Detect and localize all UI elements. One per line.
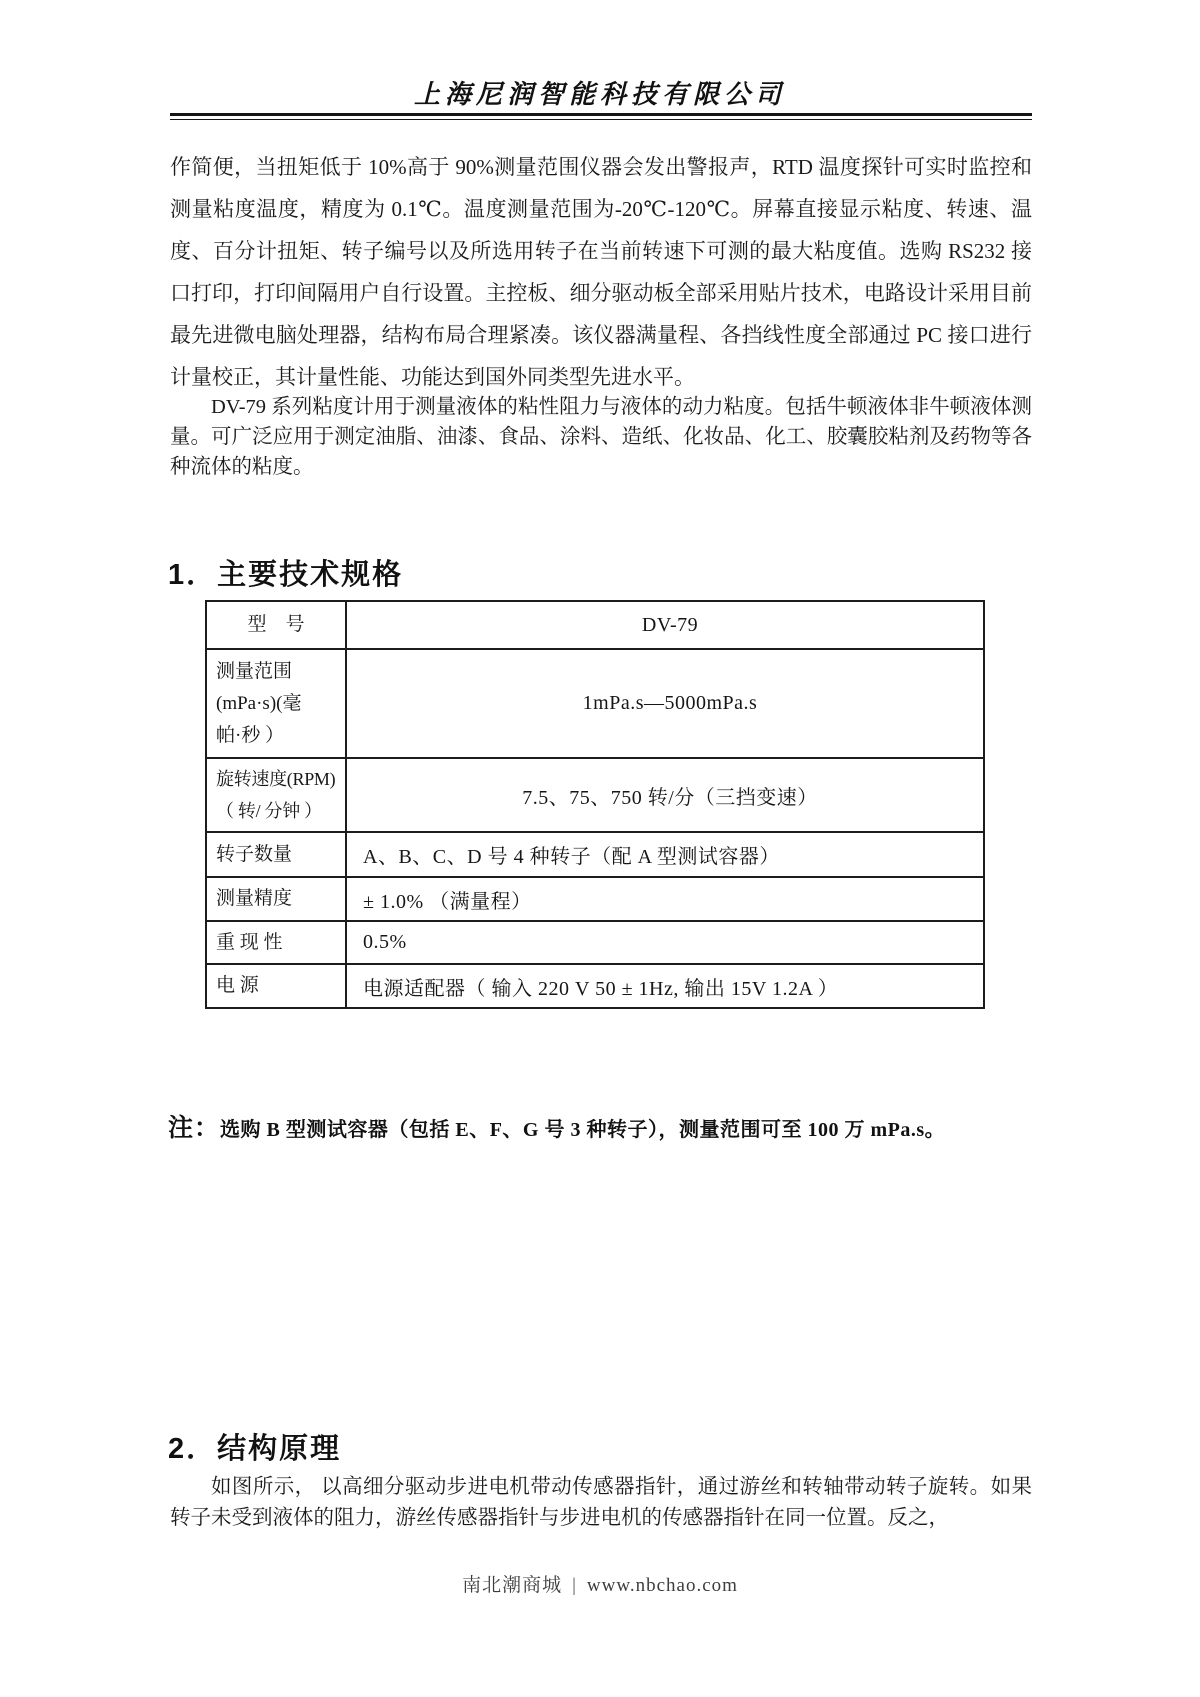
spec-label-rotors: 转子数量: [206, 832, 346, 877]
section2-heading: 2．结构原理: [168, 1426, 341, 1467]
intro-paragraph-1: 作简便，当扭矩低于 10%高于 90%测量范围仪器会发出警报声，RTD 温度探针…: [170, 146, 1032, 398]
note-line: 注：选购 B 型测试容器（包括 E、F、G 号 3 种转子），测量范围可至 10…: [168, 1108, 1048, 1144]
spec-label-model: 型 号: [206, 601, 346, 649]
spec-label-repeatability: 重 现 性: [206, 921, 346, 964]
spec-value-speed: 7.5、75、750 转/分（三挡变速）: [346, 758, 984, 832]
spec-table: 型 号 DV-79 测量范围 (mPa·s)(毫 帕·秒 ） 1mPa.s—50…: [205, 600, 985, 1009]
document-page: 上海尼润智能科技有限公司 作简便，当扭矩低于 10%高于 90%测量范围仪器会发…: [0, 0, 1200, 1697]
table-row-repeatability: 重 现 性 0.5%: [206, 921, 984, 964]
intro-paragraph-2: DV-79 系列粘度计用于测量液体的粘性阻力与液体的动力粘度。包括牛顿液体非牛顿…: [170, 392, 1032, 482]
spec-value-model: DV-79: [346, 601, 984, 649]
table-row-speed: 旋转速度(RPM) （ 转/ 分钟 ） 7.5、75、750 转/分（三挡变速）: [206, 758, 984, 832]
section1-heading: 1．主要技术规格: [168, 552, 403, 593]
note-text: 选购 B 型测试容器（包括 E、F、G 号 3 种转子），测量范围可至 100 …: [220, 1119, 945, 1141]
page-footer: 南北潮商城|www.nbchao.com: [0, 1570, 1200, 1597]
table-row-rotors: 转子数量 A、B、C、D 号 4 种转子（配 A 型测试容器）: [206, 832, 984, 877]
header-company-name: 上海尼润智能科技有限公司: [0, 74, 1200, 111]
header-rule: [170, 113, 1032, 120]
spec-value-power: 电源适配器（ 输入 220 V 50 ± 1Hz, 输出 15V 1.2A ）: [346, 964, 984, 1008]
spec-label-power: 电 源: [206, 964, 346, 1008]
spec-value-range: 1mPa.s—5000mPa.s: [346, 649, 984, 758]
section2-paragraph: 如图所示， 以高细分驱动步进电机带动传感器指针，通过游丝和转轴带动转子旋转。如果…: [170, 1472, 1032, 1534]
footer-url: www.nbchao.com: [587, 1575, 738, 1596]
spec-label-accuracy: 测量精度: [206, 877, 346, 921]
spec-label-speed: 旋转速度(RPM) （ 转/ 分钟 ）: [206, 758, 346, 832]
footer-separator: |: [572, 1575, 577, 1596]
note-prefix: 注：: [168, 1115, 220, 1142]
spec-value-accuracy: ± 1.0% （满量程）: [346, 877, 984, 921]
spec-value-repeatability: 0.5%: [346, 921, 984, 964]
table-row-model: 型 号 DV-79: [206, 601, 984, 649]
spec-label-range: 测量范围 (mPa·s)(毫 帕·秒 ）: [206, 649, 346, 758]
table-row-range: 测量范围 (mPa·s)(毫 帕·秒 ） 1mPa.s—5000mPa.s: [206, 649, 984, 758]
table-row-accuracy: 测量精度 ± 1.0% （满量程）: [206, 877, 984, 921]
footer-site-name: 南北潮商城: [462, 1575, 562, 1596]
table-row-power: 电 源 电源适配器（ 输入 220 V 50 ± 1Hz, 输出 15V 1.2…: [206, 964, 984, 1008]
spec-value-rotors: A、B、C、D 号 4 种转子（配 A 型测试容器）: [346, 832, 984, 877]
